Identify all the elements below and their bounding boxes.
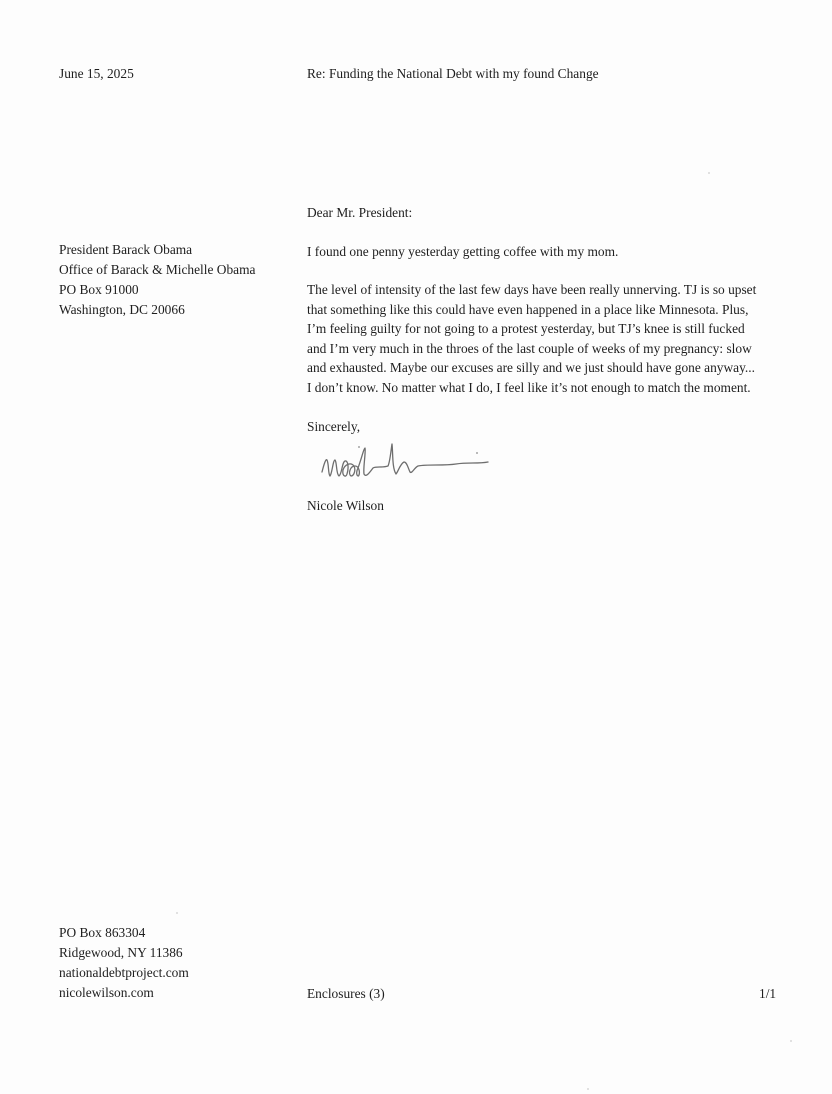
sender-city: Ridgewood, NY 11386	[59, 943, 189, 963]
body-line: I’m feeling guilty for not going to a pr…	[307, 319, 777, 339]
body-line: and I’m very much in the throes of the l…	[307, 339, 777, 359]
body-line: and exhausted. Maybe our excuses are sil…	[307, 358, 777, 378]
sender-po-box: PO Box 863304	[59, 923, 189, 943]
recipient-address: President Barack Obama Office of Barack …	[59, 240, 255, 320]
body-line: The level of intensity of the last few d…	[307, 280, 777, 300]
recipient-po-box: PO Box 91000	[59, 280, 255, 300]
body-line: that something like this could have even…	[307, 300, 777, 320]
recipient-city: Washington, DC 20066	[59, 300, 255, 320]
recipient-name: President Barack Obama	[59, 240, 255, 260]
body-paragraph-1: I found one penny yesterday getting coff…	[307, 242, 618, 262]
page-number: 1/1	[759, 984, 776, 1004]
body-line: I don’t know. No matter what I do, I fee…	[307, 378, 777, 398]
sender-website-project: nationaldebtproject.com	[59, 963, 189, 983]
sender-address: PO Box 863304 Ridgewood, NY 11386 nation…	[59, 923, 189, 1003]
signer-name: Nicole Wilson	[307, 496, 384, 516]
closing: Sincerely,	[307, 417, 360, 437]
recipient-office: Office of Barack & Michelle Obama	[59, 260, 255, 280]
letter-page: June 15, 2025 Re: Funding the National D…	[0, 0, 832, 1094]
body-paragraph-2: The level of intensity of the last few d…	[307, 280, 777, 398]
scan-speck	[587, 1088, 589, 1090]
enclosures-note: Enclosures (3)	[307, 984, 385, 1004]
sender-website-personal: nicolewilson.com	[59, 983, 189, 1003]
scan-speck	[790, 1040, 792, 1042]
scan-speck	[176, 912, 178, 914]
salutation: Dear Mr. President:	[307, 203, 412, 223]
letter-date: June 15, 2025	[59, 64, 134, 84]
letter-subject: Re: Funding the National Debt with my fo…	[307, 64, 599, 84]
signature-icon	[318, 438, 498, 484]
scan-speck	[708, 172, 710, 174]
